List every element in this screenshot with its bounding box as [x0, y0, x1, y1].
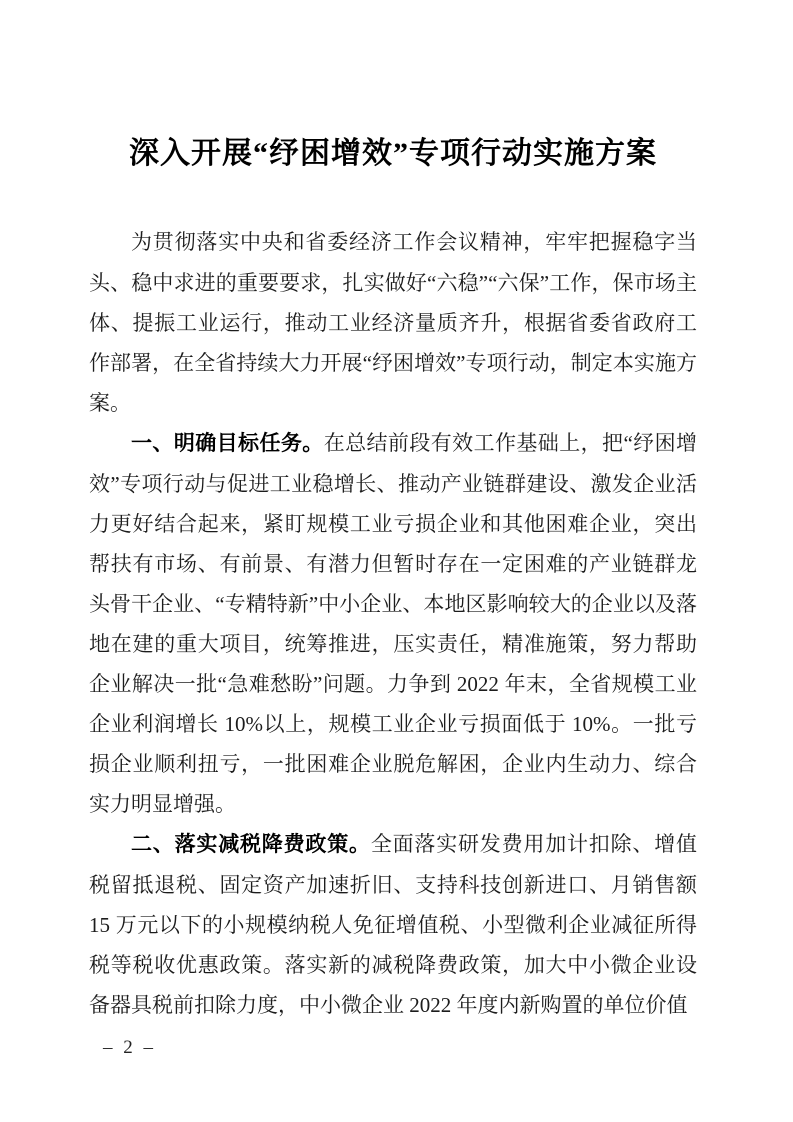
page-number: – 2 – — [103, 1037, 156, 1059]
section-1-text: 在总结前段有效工作基础上，把“纾困增效”专项行动与促进工业稳增长、推动产业链群建… — [89, 431, 697, 816]
paragraph-section-1: 一、明确目标任务。在总结前段有效工作基础上，把“纾困增效”专项行动与促进工业稳增… — [89, 423, 697, 824]
document-title: 深入开展“纾困增效”专项行动实施方案 — [89, 135, 697, 173]
paragraph-section-2: 二、落实减税降费政策。全面落实研发费用加计扣除、增值税留抵退税、固定资产加速折旧… — [89, 824, 697, 1025]
paragraph-intro-text: 为贯彻落实中央和省委经济工作会议精神，牢牢把握稳字当头、稳中求进的重要要求，扎实… — [89, 230, 697, 415]
section-1-heading: 一、明确目标任务。 — [131, 432, 324, 455]
section-2-text: 全面落实研发费用加计扣除、增值税留抵退税、固定资产加速折旧、支持科技创新进口、月… — [89, 832, 697, 1017]
document-page: 深入开展“纾困增效”专项行动实施方案 为贯彻落实中央和省委经济工作会议精神，牢牢… — [0, 0, 793, 1122]
section-2-heading: 二、落实减税降费政策。 — [131, 833, 371, 856]
document-body: 为贯彻落实中央和省委经济工作会议精神，牢牢把握稳字当头、稳中求进的重要要求，扎实… — [89, 222, 697, 1025]
paragraph-intro: 为贯彻落实中央和省委经济工作会议精神，牢牢把握稳字当头、稳中求进的重要要求，扎实… — [89, 222, 697, 423]
